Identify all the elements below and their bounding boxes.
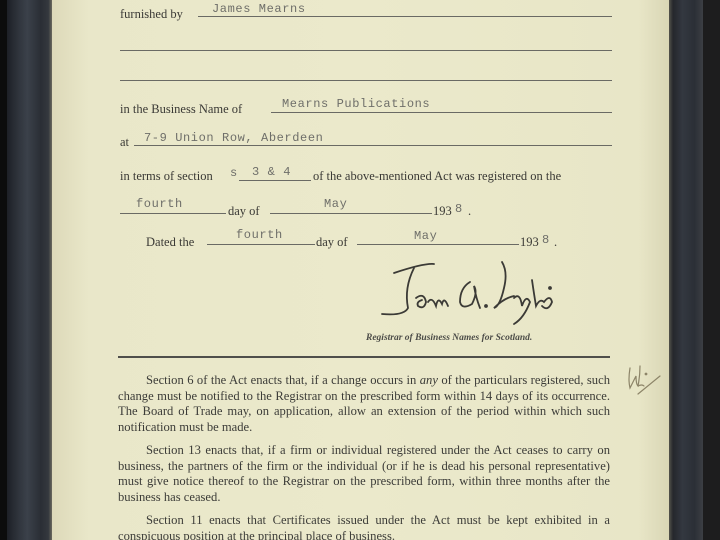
background-edge [703,0,720,540]
section-13-note: Section 13 enacts that, if a firm or ind… [118,443,610,505]
section-13-text: Section 13 enacts that, if a firm or ind… [118,443,610,504]
registered-month-field [270,199,432,214]
business-name-value: Mearns Publications [282,97,430,111]
section-11-text: Section 11 enacts that Certificates issu… [118,513,610,540]
dated-day-value: fourth [236,228,283,242]
registered-year-printed: 193 [433,203,452,219]
divider-rule [118,356,610,358]
dated-label: Dated the [146,234,194,250]
registered-month-value: May [324,197,347,211]
section-6-emphasis: any [420,373,438,387]
dated-month-value: May [414,229,437,243]
dated-year-printed: 193 [520,234,539,250]
address-label: at [120,134,129,150]
certificate-document: furnished by James Mearns in the Busines… [52,0,669,540]
address-value: 7-9 Union Row, Aberdeen [144,131,323,145]
sections-suffix-label: of the above-mentioned Act was registere… [313,168,561,184]
dated-month-field [357,230,519,245]
blank-line-1 [120,36,612,51]
registrar-signature [374,258,574,328]
furnished-by-value: James Mearns [212,2,306,16]
picture-frame-right [669,0,703,540]
registrar-title: Registrar of Business Names for Scotland… [366,333,532,343]
business-name-label: in the Business Name of [120,101,242,117]
sections-plural-typed: s [230,166,238,180]
day-of-label: day of [228,203,260,219]
blank-line-2 [120,66,612,81]
dated-period: . [554,234,557,250]
period: . [468,203,471,219]
dated-year-typed: 8 [542,233,550,247]
section-6-note: Section 6 of the Act enacts that, if a c… [118,373,610,435]
registered-year-typed: 8 [455,202,463,216]
furnished-by-label: furnished by [120,6,183,22]
picture-frame-left [7,0,52,540]
sections-value: 3 & 4 [252,165,291,179]
section-11-note: Section 11 enacts that Certificates issu… [118,513,610,540]
section-6-text: Section 6 of the Act enacts that, if a c… [146,373,420,387]
initials-mark [624,356,664,396]
registered-day-value: fourth [136,197,183,211]
dated-day-of-label: day of [316,234,348,250]
sections-label: in terms of section [120,168,213,184]
